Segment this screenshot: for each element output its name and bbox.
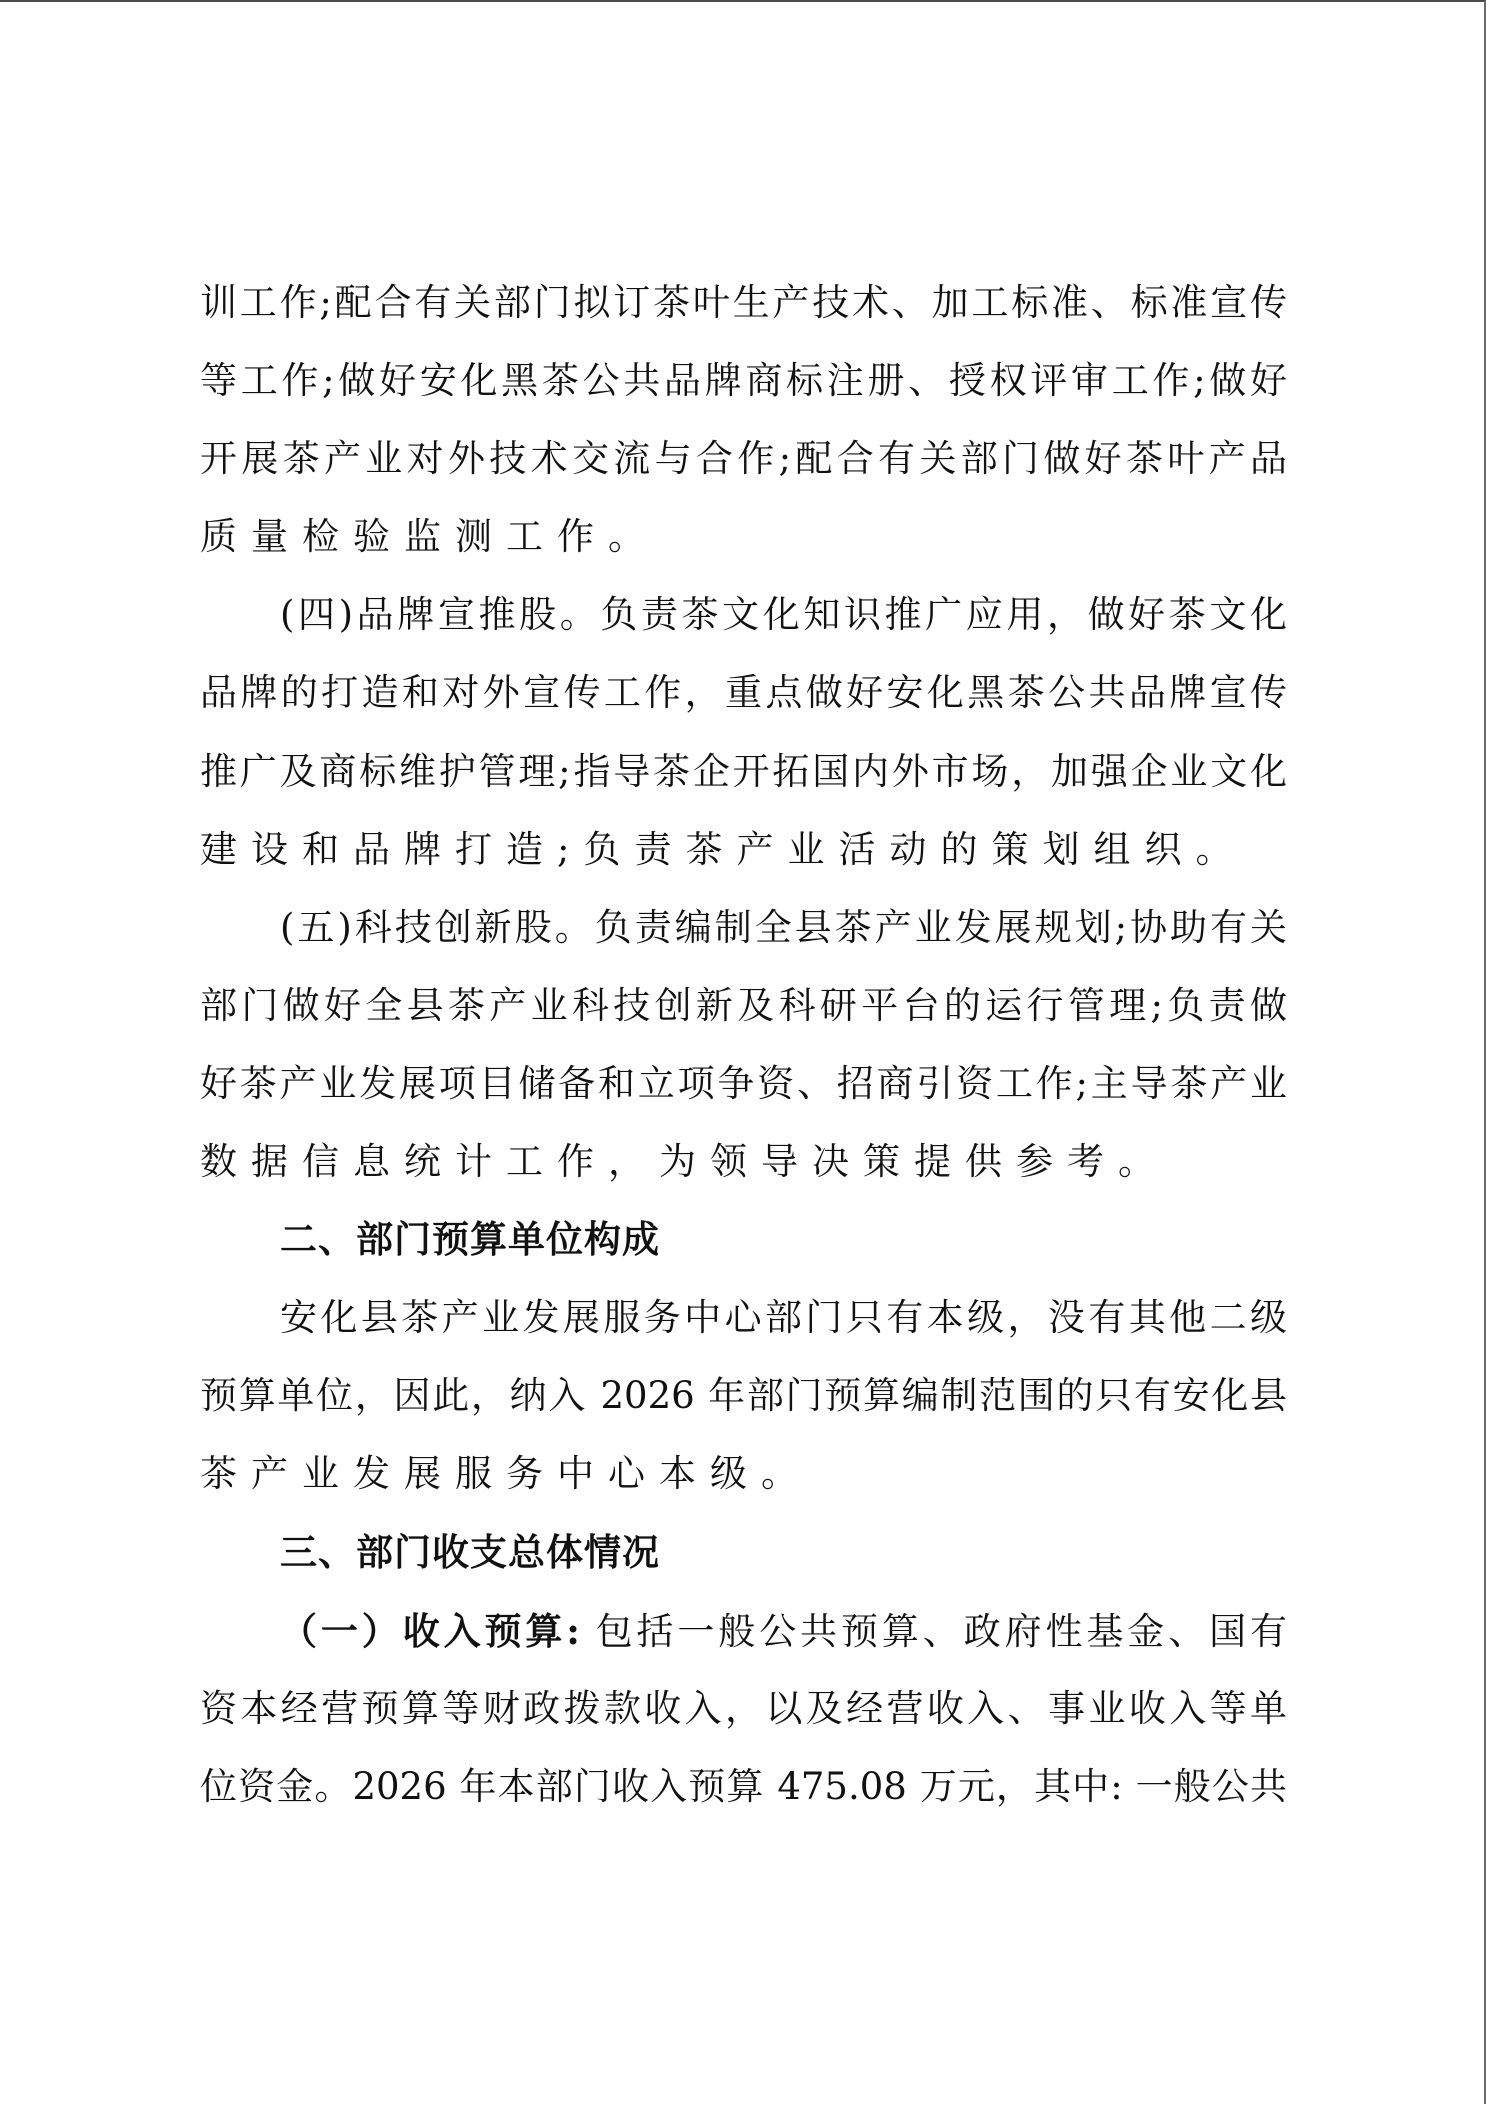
paragraph-line: (五)科技创新股。负责编制全县茶产业发展规划;协助有关 bbox=[200, 889, 1287, 967]
paragraph-line: 数据信息统计工作，为领导决策提供参考。 bbox=[200, 1123, 1287, 1201]
paragraph-line: 资本经营预算等财政拨款收入，以及经营收入、事业收入等单 bbox=[200, 1670, 1287, 1748]
paragraph-line: 质量检验监测工作。 bbox=[200, 498, 1287, 576]
paragraph-line: 品牌的打造和对外宣传工作，重点做好安化黑茶公共品牌宣传 bbox=[200, 654, 1287, 732]
subsection-lead: （一）收入预算: bbox=[280, 1609, 580, 1653]
paragraph-line: 好茶产业发展项目储备和立项争资、招商引资工作;主导茶产业 bbox=[200, 1045, 1287, 1123]
paragraph-line: （一）收入预算: 包括一般公共预算、政府性基金、国有 bbox=[200, 1592, 1287, 1670]
paragraph-line: 建设和品牌打造;负责茶产业活动的策划组织。 bbox=[200, 811, 1287, 889]
paragraph-line: 安化县茶产业发展服务中心部门只有本级，没有其他二级 bbox=[200, 1279, 1287, 1357]
section-heading: 三、部门收支总体情况 bbox=[200, 1514, 1287, 1592]
document-body: 训工作;配合有关部门拟订茶叶生产技术、加工标准、标准宣传 等工作;做好安化黑茶公… bbox=[200, 264, 1287, 1826]
paragraph-line: (四)品牌宣推股。负责茶文化知识推广应用，做好茶文化 bbox=[200, 576, 1287, 654]
paragraph-line: 预算单位，因此，纳入 2026 年部门预算编制范围的只有安化县 bbox=[200, 1357, 1287, 1435]
paragraph-line: 训工作;配合有关部门拟订茶叶生产技术、加工标准、标准宣传 bbox=[200, 264, 1287, 342]
paragraph-line: 开展茶产业对外技术交流与合作;配合有关部门做好茶叶产品 bbox=[200, 420, 1287, 498]
paragraph-line: 推广及商标维护管理;指导茶企开拓国内外市场，加强企业文化 bbox=[200, 733, 1287, 811]
paragraph-line: 部门做好全县茶产业科技创新及科研平台的运行管理;负责做 bbox=[200, 967, 1287, 1045]
paragraph-line: 茶产业发展服务中心本级。 bbox=[200, 1435, 1287, 1513]
section-heading: 二、部门预算单位构成 bbox=[200, 1201, 1287, 1279]
document-page: 训工作;配合有关部门拟订茶叶生产技术、加工标准、标准宣传 等工作;做好安化黑茶公… bbox=[0, 0, 1486, 2104]
paragraph-text: 包括一般公共预算、政府性基金、国有 bbox=[580, 1610, 1287, 1653]
paragraph-line: 等工作;做好安化黑茶公共品牌商标注册、授权评审工作;做好 bbox=[200, 342, 1287, 420]
paragraph-line: 位资金。2026 年本部门收入预算 475.08 万元，其中: 一般公共 bbox=[200, 1748, 1287, 1826]
